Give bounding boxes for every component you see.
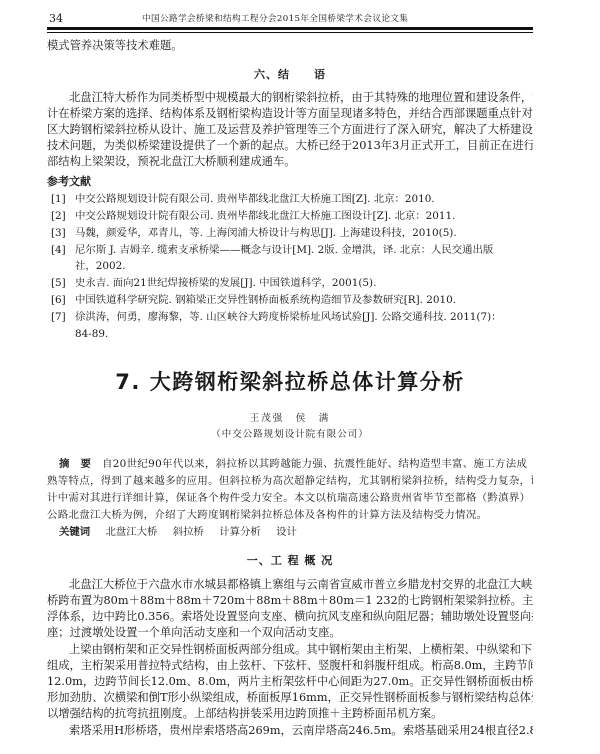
references-heading: 参考文献 bbox=[47, 174, 533, 189]
reference-text: 史永吉. 面向21世纪焊接桥梁的发展[J]. 中国铁道科学，2001(5). bbox=[75, 277, 376, 289]
reference-label: [4] bbox=[51, 243, 75, 258]
journal-title: 中国公路学会桥梁和结构工程分会2015年全国桥梁学术会议论文集 bbox=[142, 11, 408, 27]
conclusion-line: 北盘江特大桥作为同类桥型中规模最大的钢桁梁斜拉桥，由于其特殊的地理位置和建设条件… bbox=[47, 90, 533, 105]
abstract-text: 自20世纪90年代以来，斜拉桥以其跨越能力强、抗震性能好、结构造型丰富、施工方法… bbox=[102, 458, 527, 470]
keywords-line: 关键词 北盘江大桥 斜拉桥 计算分析 设计 bbox=[59, 523, 297, 538]
reference-text: 马魏，颜爱华，邓青儿，等. 上海闵浦大桥设计与构思[J]. 上海建设科技，201… bbox=[75, 227, 457, 239]
reference-label: [7] bbox=[51, 310, 75, 325]
body-line: 组成，主桁架采用普拉特式结构，由上弦杆、下弦杆、竖腹杆和斜腹杆组成。桁高8.0m… bbox=[47, 658, 533, 673]
reference-item: [2]中交公路规划设计院有限公司. 贵州毕都线北盘江大桥施工图设计[Z]. 北京… bbox=[51, 209, 533, 224]
article-authors: 王茂强 侯 满 bbox=[47, 410, 533, 424]
carryover-line: 模式管养决策等技术难题。 bbox=[47, 38, 533, 53]
body-line: 座；过渡墩处设置一个单向活动支座和一个双向活动支座。 bbox=[47, 625, 533, 640]
abstract-line: 公路北盘江大桥为例，介绍了大跨度钢桁梁斜拉桥总体及各构件的计算方法及结构受力情况… bbox=[47, 508, 533, 523]
section-heading: 一、工 程 概 况 bbox=[47, 553, 533, 568]
reference-label: [2] bbox=[51, 209, 75, 224]
body-line: 以增强结构的抗弯抗扭刚度。上部结构拼装采用边跨顶推＋主跨桥面吊机方案。 bbox=[47, 706, 533, 721]
conclusion-line: 部结构上梁架设，预祝北盘江大桥顺利建成通车。 bbox=[47, 154, 533, 169]
reference-item: [5]史永吉. 面向21世纪焊接桥梁的发展[J]. 中国铁道科学，2001(5)… bbox=[51, 276, 533, 291]
reference-label: [6] bbox=[51, 293, 75, 308]
reference-text: 尼尔斯 J. 吉姆辛. 缆索支承桥梁——概念与设计[M]. 2版. 金增洪，译.… bbox=[75, 244, 493, 256]
reference-label: [5] bbox=[51, 276, 75, 291]
reference-text: 徐洪涛，何勇，廖海黎，等. 山区峡谷大跨度桥梁桥址风场试验[J]. 公路交通科技… bbox=[75, 311, 502, 323]
keyword: 北盘江大桥 bbox=[105, 526, 157, 538]
reference-label: [3] bbox=[51, 226, 75, 241]
body-line: 浮体系，边中跨比0.356。索塔处设置竖向支座、横向抗风支座和纵向阻尼器；辅助墩… bbox=[47, 609, 533, 624]
body-line: 桥跨布置为80m＋88m＋88m＋720m＋88m＋88m＋80m＝1 232的… bbox=[47, 593, 533, 608]
running-head: 34 中国公路学会桥梁和结构工程分会2015年全国桥梁学术会议论文集 bbox=[47, 11, 533, 27]
reference-text: 中交公路规划设计院有限公司. 贵州毕都线北盘江大桥施工图设计[Z]. 北京：20… bbox=[75, 210, 455, 222]
reference-text: 中国铁道科学研究院. 钢箱梁正交异性钢桥面板系统构造细节及参数研究[R]. 20… bbox=[75, 294, 456, 306]
article-title: 7. 大跨钢桁梁斜拉桥总体计算分析 bbox=[47, 367, 533, 397]
keyword: 斜拉桥 bbox=[173, 526, 204, 538]
body-line: 北盘江大桥位于六盘水市水城县都格镇上寨组与云南省宣威市普立乡腊龙村交界的北盘江大… bbox=[47, 577, 533, 592]
article-affiliation: （中交公路规划设计院有限公司） bbox=[47, 426, 533, 440]
body-line: 形加劲肋、次横梁和倒T形小纵梁组成，桥面板厚16mm，正交异性钢桥面板参与钢桁梁… bbox=[47, 690, 533, 705]
keywords-label: 关键词 bbox=[59, 526, 90, 538]
reference-item: [6]中国铁道科学研究院. 钢箱梁正交异性钢桥面板系统构造细节及参数研究[R].… bbox=[51, 293, 533, 308]
conclusion-heading: 六、结 语 bbox=[47, 67, 533, 82]
keyword: 设计 bbox=[276, 526, 297, 538]
body-line: 12.0m，边跨节间长12.0m、8.0m，两片主桁架弦杆中心间距为27.0m。… bbox=[47, 674, 533, 689]
abstract-line: 熟等特点，得到了越来越多的应用。但斜拉桥为高次超静定结构，尤其钢桁梁斜拉桥，结构… bbox=[47, 474, 533, 489]
reference-continuation: 社，2002. bbox=[75, 259, 126, 274]
reference-continuation: 84-89. bbox=[75, 327, 108, 342]
abstract-label: 摘 要 bbox=[59, 458, 91, 470]
reference-item: [3]马魏，颜爱华，邓青儿，等. 上海闵浦大桥设计与构思[J]. 上海建设科技，… bbox=[51, 226, 533, 241]
reference-text: 中交公路规划设计院有限公司. 贵州毕都线北盘江大桥施工图[Z]. 北京：2010… bbox=[75, 193, 435, 205]
conclusion-line: 计在桥梁方案的选择、结构体系及钢桁梁构造设计等方面呈现诸多特色，并结合西部课题重… bbox=[47, 106, 533, 121]
conclusion-line: 区大跨钢桁梁斜拉桥从设计、施工及运营及养护管理等三个方面进行了深入研究，解决了大… bbox=[47, 122, 533, 137]
reference-item: [1]中交公路规划设计院有限公司. 贵州毕都线北盘江大桥施工图[Z]. 北京：2… bbox=[51, 192, 533, 207]
body-line: 索塔采用H形桥塔，贵州岸索塔塔高269m，云南岸塔高246.5m。索塔基础采用2… bbox=[47, 723, 533, 738]
reference-item: [7]徐洪涛，何勇，廖海黎，等. 山区峡谷大跨度桥梁桥址风场试验[J]. 公路交… bbox=[51, 310, 533, 325]
abstract-line: 摘 要 自20世纪90年代以来，斜拉桥以其跨越能力强、抗震性能好、结构造型丰富、… bbox=[47, 457, 533, 472]
header-rule-thick bbox=[47, 27, 533, 30]
body-line: 上梁由钢桁架和正交异性钢桥面板两部分组成。其中钢桁架由主桁架、上横桁架、中纵梁和… bbox=[47, 642, 533, 657]
header-rule-thin bbox=[47, 32, 533, 33]
reference-label: [1] bbox=[51, 192, 75, 207]
abstract-line: 计中需对其进行详细计算，保证各个构件受力安全。本文以杭瑞高速公路贵州省毕节至都格… bbox=[47, 491, 533, 506]
page-number: 34 bbox=[49, 11, 63, 27]
conclusion-line: 技术问题，为类似桥梁建设提供了一个新的起点。大桥已经于2013年3月正式开工，目… bbox=[47, 138, 533, 153]
reference-item: [4]尼尔斯 J. 吉姆辛. 缆索支承桥梁——概念与设计[M]. 2版. 金增洪… bbox=[51, 243, 533, 258]
keyword: 计算分析 bbox=[219, 526, 261, 538]
